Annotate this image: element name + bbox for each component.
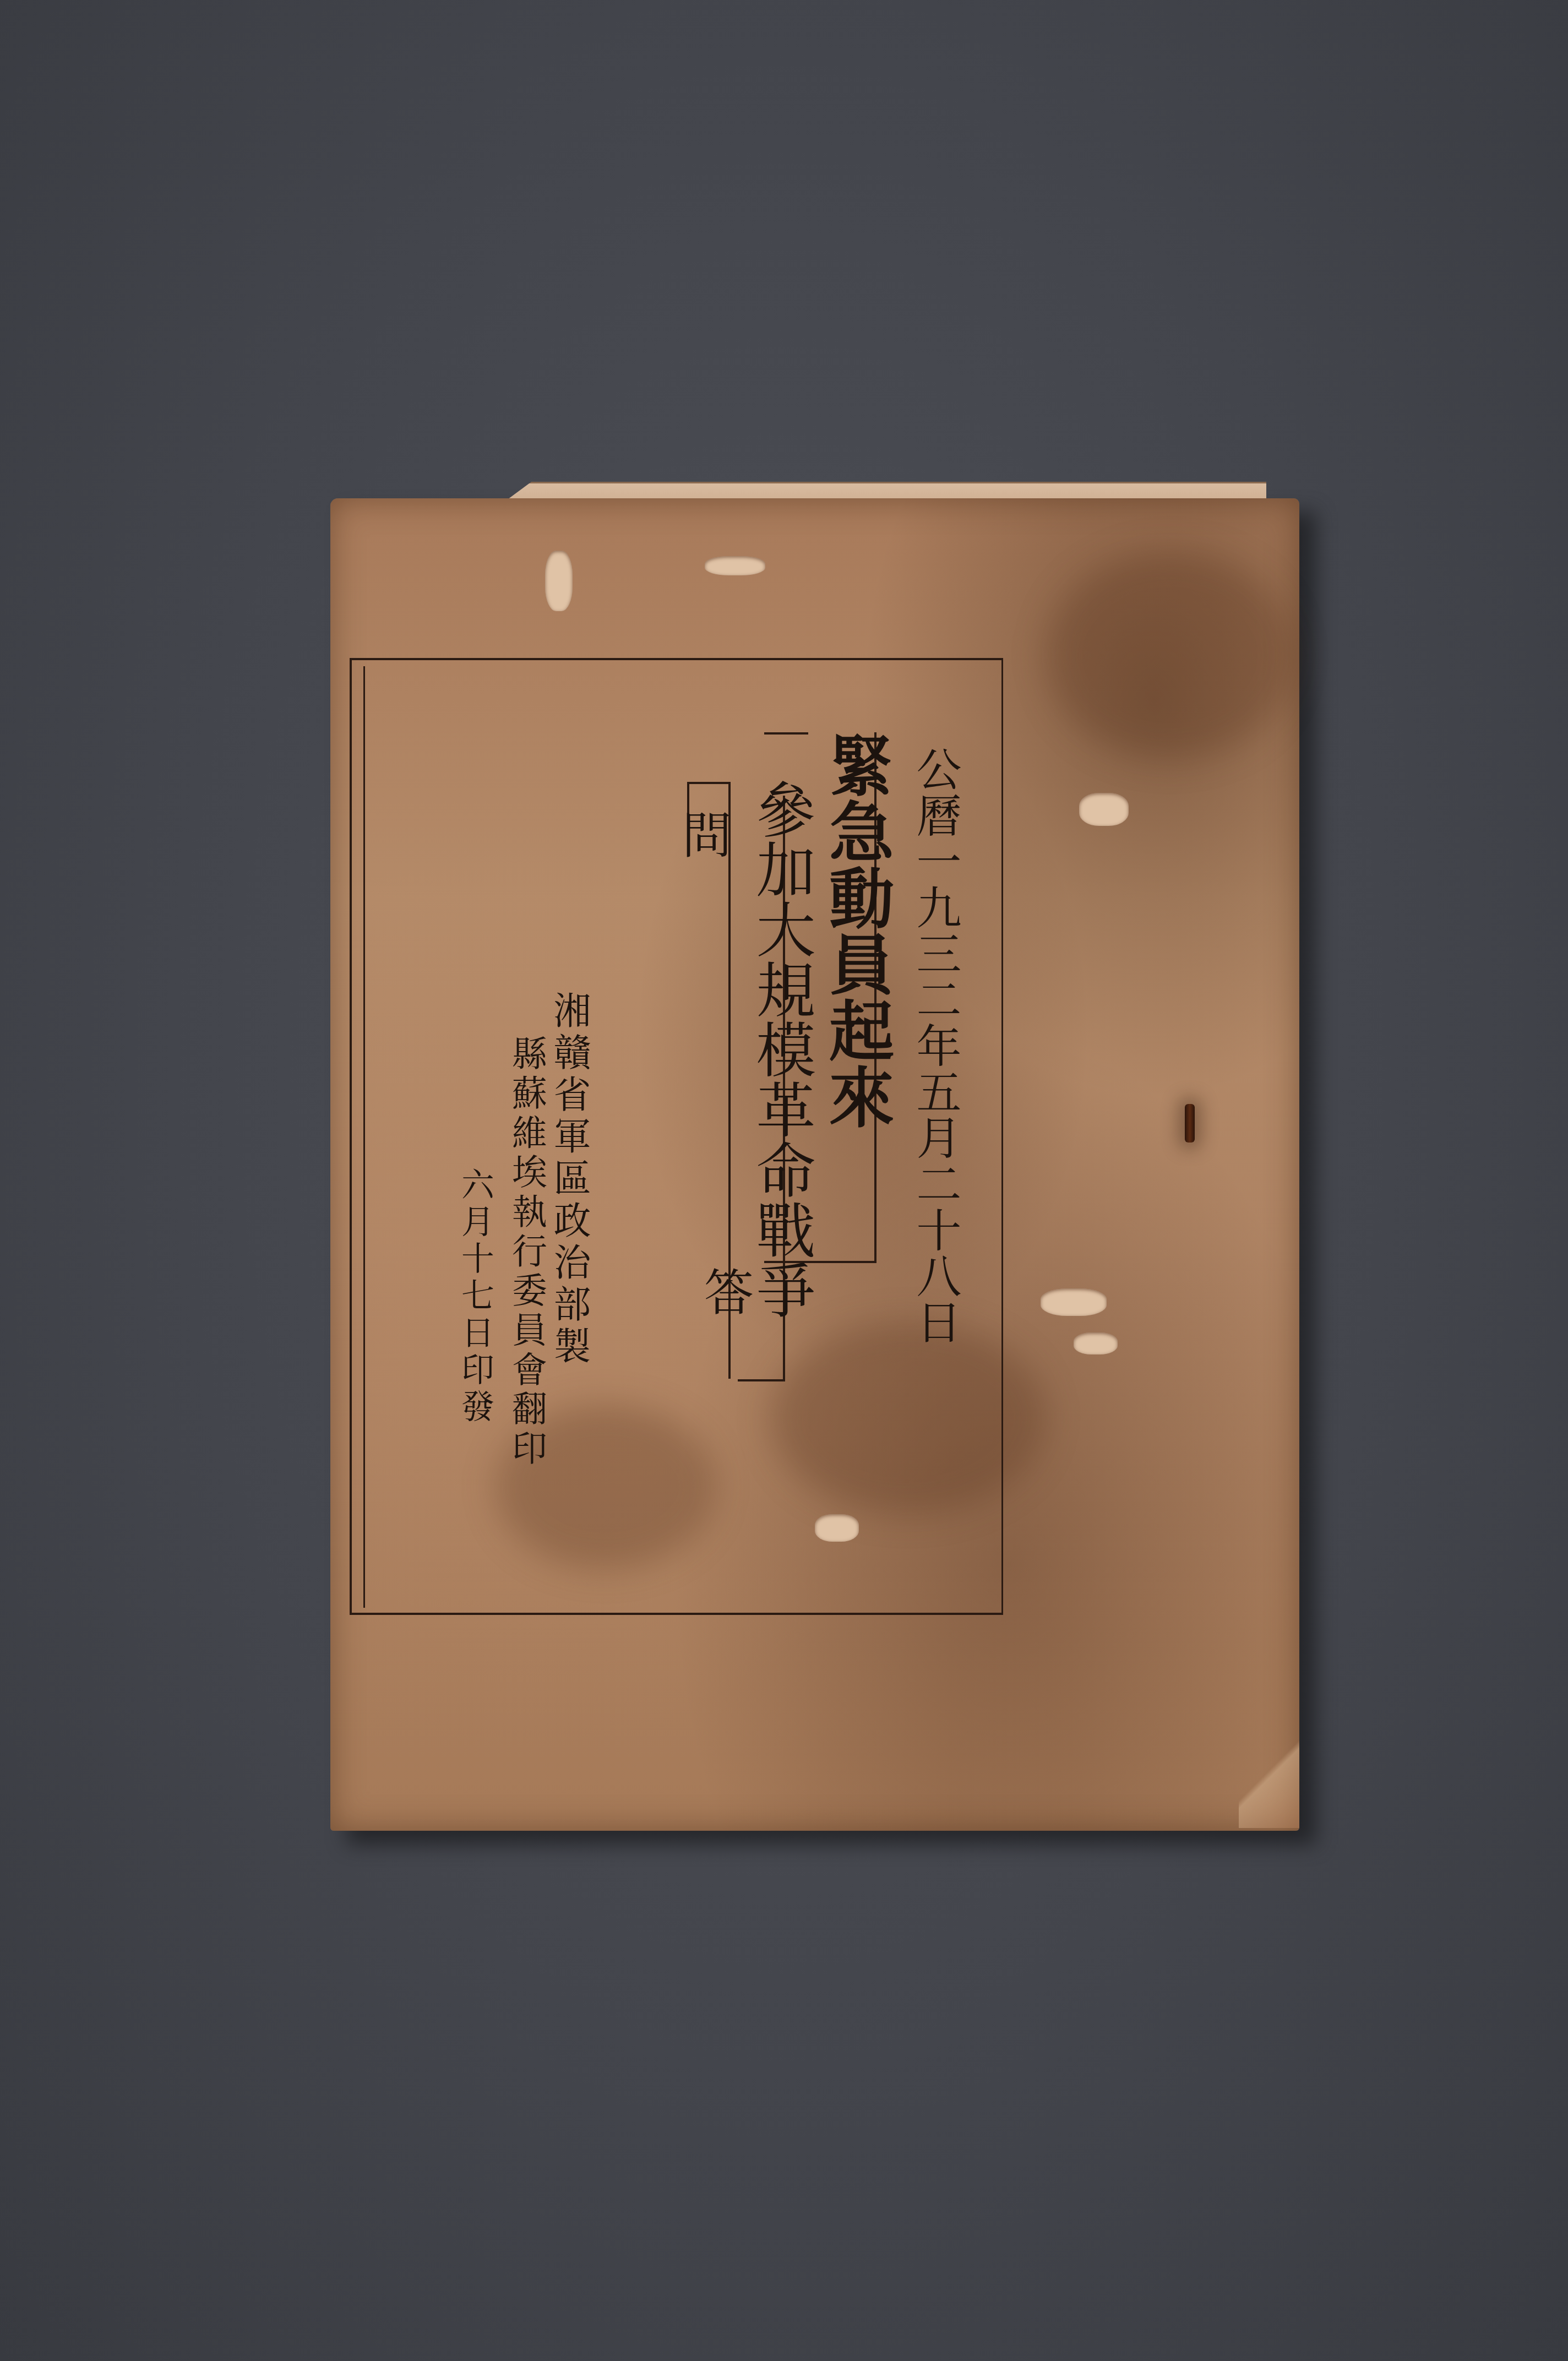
paper-damage <box>1079 793 1129 826</box>
answer-label: 答 <box>688 1266 760 1322</box>
folded-corner <box>1239 1729 1299 1828</box>
paper-damage <box>1041 1288 1107 1316</box>
reprint-committee-line: 縣蘇維埃執行委員會翻印 <box>501 1035 552 1469</box>
frame-inner-rule <box>363 666 365 1608</box>
rusty-staple <box>1185 1104 1195 1143</box>
paper-damage <box>1074 1332 1118 1354</box>
main-title: 緊急動員起來 <box>809 732 903 1130</box>
title-box-rule <box>764 732 808 735</box>
issue-date-line: 六月十七日印發 <box>451 1167 499 1426</box>
paper-damage <box>705 556 765 575</box>
date-line: 公曆一九三二年五月二十八日 <box>903 746 967 1345</box>
subtitle: 參加大規模革命戰爭 <box>738 779 823 1320</box>
question-label: 問 <box>666 809 738 865</box>
water-stain <box>1046 551 1294 760</box>
paper-damage <box>545 551 573 611</box>
